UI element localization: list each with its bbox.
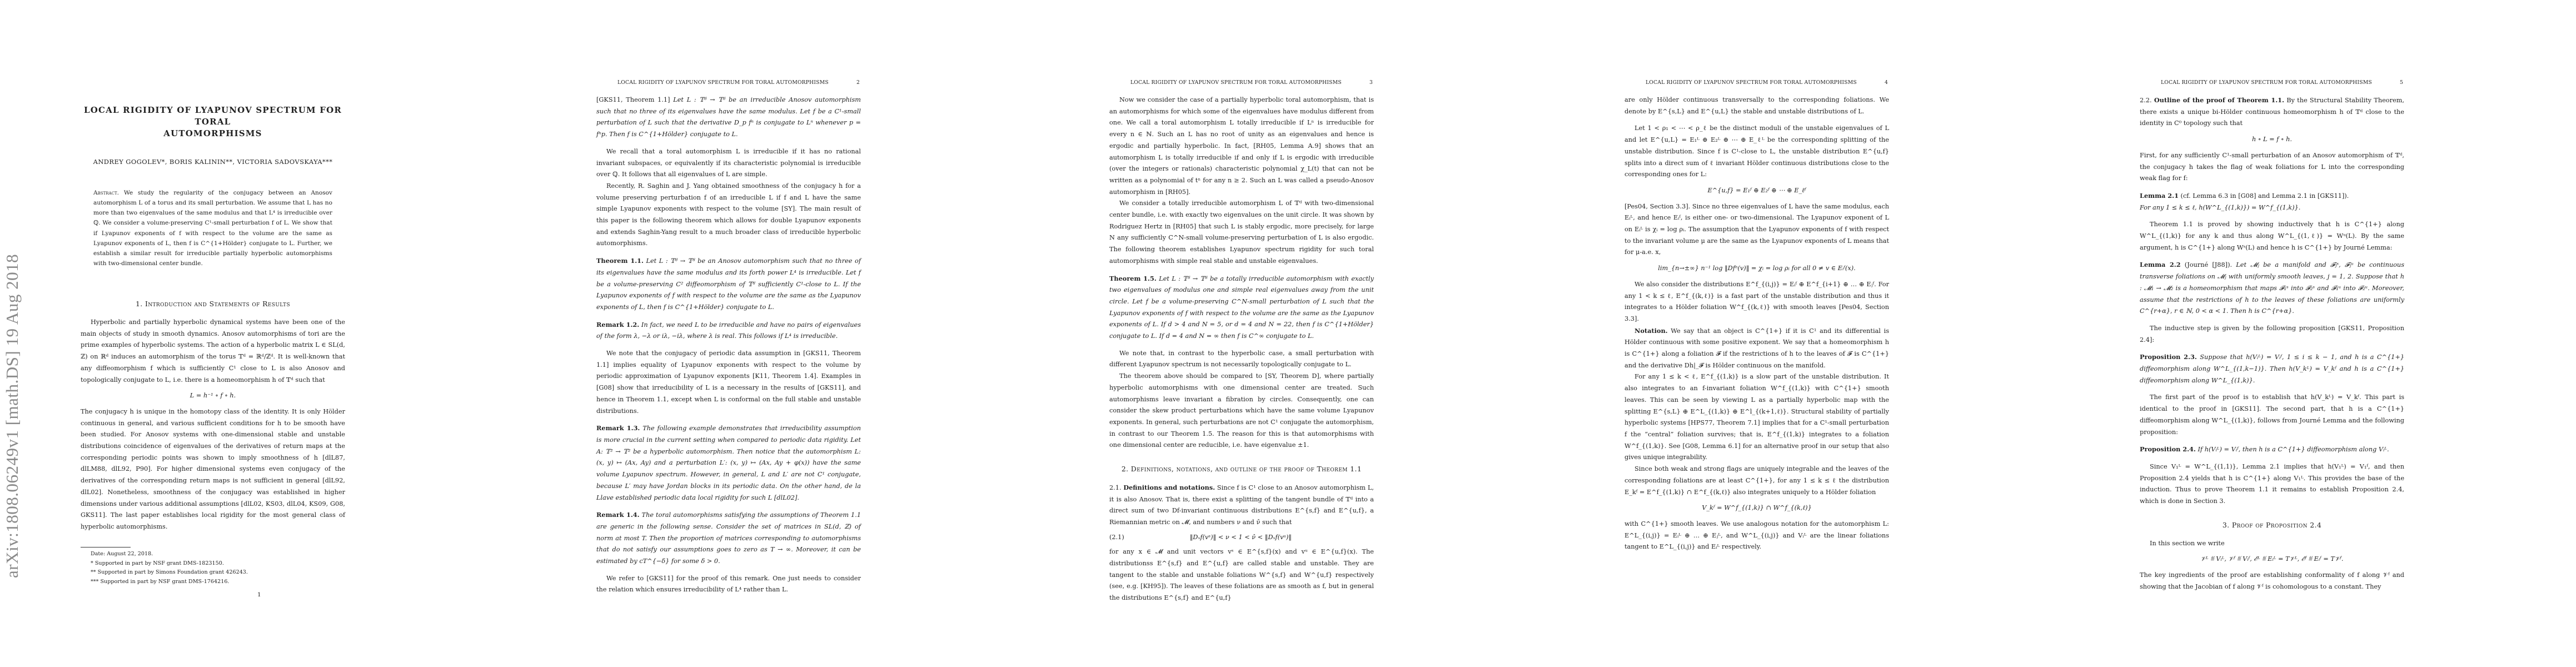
subsection-2-1: 2.1. Definitions and notations. Since f … — [1109, 482, 1374, 529]
theorem-1-1: Theorem 1.1. Let L : 𝕋ᵈ → 𝕋ᵈ be an Anoso… — [596, 255, 861, 313]
paragraph: We note that, in contrast to the hyperbo… — [1109, 348, 1374, 371]
paragraph: We refer to [GKS11] for the proof of thi… — [596, 573, 861, 596]
equation-v: V_kᶠ = W^f_{(1,k)} ∩ W^f_{(k,ℓ)} — [1625, 502, 1889, 514]
paragraph: for any x ∈ 𝓜 and unit vectors vˢ ∈ E^{s… — [1109, 546, 1374, 604]
abstract-text: We study the regularity of the conjugacy… — [93, 190, 332, 267]
abstract: Abstract. We study the regularity of the… — [93, 188, 332, 269]
equation: L = h⁻¹ ∘ f ∘ h. — [81, 390, 345, 402]
paragraph: We consider a totally irreducible automo… — [1109, 198, 1374, 267]
arxiv-identifier-stamp[interactable]: arXiv:1808.06249v1 [math.DS] 19 Aug 2018 — [2, 254, 22, 578]
page-5: LOCAL RIGIDITY OF LYAPUNOV SPECTRUM FOR … — [2061, 0, 2576, 667]
paragraph: Hyperbolic and partially hyperbolic dyna… — [81, 317, 345, 386]
paragraph: Theorem 1.1 is proved by showing inducti… — [2140, 219, 2404, 253]
footnote: ** Supported in part by Simons Foundatio… — [81, 568, 345, 578]
author-list: ANDREY GOGOLEV*, BORIS KALININ**, VICTOR… — [81, 156, 345, 168]
paragraph: We note that the conjugacy of periodic d… — [596, 348, 861, 417]
running-head-title: LOCAL RIGIDITY OF LYAPUNOV SPECTRUM FOR … — [2161, 79, 2372, 86]
page-body: are only Hölder continuous transversally… — [1625, 94, 1889, 553]
section-heading-2: 2. Definitions, notations, and outline o… — [1109, 464, 1374, 475]
page-number: 1 — [257, 591, 261, 598]
footnote: *** Supported in part by NSF grant DMS-1… — [81, 578, 345, 587]
lemma-2-1: Lemma 2.1 (cf. Lemma 6.3 in [G08] and Le… — [2140, 190, 2404, 213]
paragraph: The key ingredients of the proof are est… — [2140, 570, 2404, 593]
equation-number: (2.1) — [1109, 532, 1124, 544]
section-heading-3: 3. Proof of Proposition 2.4 — [2140, 520, 2404, 531]
page-2: LOCAL RIGIDITY OF LYAPUNOV SPECTRUM FOR … — [515, 0, 1030, 667]
lemma-2-2: Lemma 2.2 (Journé [J88]). Let 𝓜ⱼ be a ma… — [2140, 259, 2404, 317]
page-number: 3 — [1369, 79, 1373, 86]
equation-splitting: E^{u,f} = E₁ᶠ ⊕ E₂ᶠ ⊕ ⋯ ⊕ E_ℓᶠ — [1625, 185, 1889, 197]
equation-body: ‖Dₓf(vˢ)‖ < ν < 1 < ν̂ < ‖Dₓf(vᵘ)‖ — [1190, 532, 1292, 544]
footnote-date: Date: August 22, 2018. — [81, 550, 345, 559]
paragraph: Since V₁ᴸ = W^L_{(1,1)}, Lemma 2.1 impli… — [2140, 461, 2404, 507]
page-body: 2.2. Outline of the proof of Theorem 1.1… — [2140, 94, 2404, 593]
page-number: 4 — [1885, 79, 1888, 86]
footnote-rule — [81, 547, 131, 547]
paragraph: Recently, R. Saghin and J. Yang obtained… — [596, 181, 861, 250]
page-body: Now we consider the case of a partially … — [1109, 94, 1374, 604]
paragraph: The theorem above should be compared to … — [1109, 371, 1374, 451]
title-block: LOCAL RIGIDITY OF LYAPUNOV SPECTRUM FOR … — [81, 104, 345, 533]
equation-conjugacy: h ∘ L = f ∘ h. — [2140, 134, 2404, 146]
subsection-2-2: 2.2. Outline of the proof of Theorem 1.1… — [2140, 94, 2404, 130]
paragraph: First, for any sufficiently C¹-small per… — [2140, 150, 2404, 185]
paragraph: Let 1 < ρ₁ < ⋯ < ρ_ℓ be the distinct mod… — [1625, 123, 1889, 181]
equation-2-1: (2.1) ‖Dₓf(vˢ)‖ < ν < 1 < ν̂ < ‖Dₓf(vᵘ)‖ — [1109, 532, 1374, 544]
theorem-gks: [GKS11, Theorem 1.1] Let L : 𝕋ᵈ → 𝕋ᵈ be … — [596, 94, 861, 141]
page-body: [GKS11, Theorem 1.1] Let L : 𝕋ᵈ → 𝕋ᵈ be … — [596, 94, 861, 596]
theorem-1-5: Theorem 1.5. Let L : 𝕋ᵈ → 𝕋ᵈ be a totall… — [1109, 273, 1374, 342]
notation-paragraph: Notation. We say that an object is C^{1+… — [1625, 325, 1889, 372]
paper-title: LOCAL RIGIDITY OF LYAPUNOV SPECTRUM FOR … — [81, 104, 345, 140]
paragraph: are only Hölder continuous transversally… — [1625, 94, 1889, 117]
paragraph: In this section we write — [2140, 538, 2404, 550]
running-head-title: LOCAL RIGIDITY OF LYAPUNOV SPECTRUM FOR … — [617, 79, 829, 86]
page-number: 5 — [2400, 79, 2403, 86]
paragraph: The inductive step is given by the follo… — [2140, 323, 2404, 346]
page-3: LOCAL RIGIDITY OF LYAPUNOV SPECTRUM FOR … — [1030, 0, 1546, 667]
remark-1-4: Remark 1.4. The toral automorphisms sati… — [596, 509, 861, 568]
remark-1-3: Remark 1.3. The following example demons… — [596, 422, 861, 504]
paragraph: For any 1 ≤ k < ℓ, E^f_{(1,k)} is a slow… — [1625, 371, 1889, 464]
remark-1-2: Remark 1.2. In fact, we need L to be irr… — [596, 319, 861, 342]
paragraph: [Pes04, Section 3.3]. Since no three eig… — [1625, 201, 1889, 259]
footnote: * Supported in part by NSF grant DMS-182… — [81, 559, 345, 569]
paragraph: The first part of the proof is to establ… — [2140, 392, 2404, 438]
paragraph: Now we consider the case of a partially … — [1109, 94, 1374, 198]
proposition-2-4: Proposition 2.4. If h(Vᵢᴸ) = Vᵢᶠ, then h… — [2140, 444, 2404, 456]
paragraph: We recall that a toral automorphism L is… — [596, 146, 861, 181]
proposition-2-3: Proposition 2.3. Suppose that h(Vᵢᴸ) = V… — [2140, 351, 2404, 386]
paragraph: Since both weak and strong flags are uni… — [1625, 464, 1889, 498]
footnotes: Date: August 22, 2018. * Supported in pa… — [81, 547, 345, 586]
page-number: 2 — [856, 79, 860, 86]
paragraph: with C^{1+} smooth leaves. We use analog… — [1625, 519, 1889, 553]
paragraph: The conjugacy h is unique in the homotop… — [81, 406, 345, 533]
page-1: arXiv:1808.06249v1 [math.DS] 19 Aug 2018… — [0, 0, 515, 667]
abstract-label: Abstract. — [93, 190, 119, 196]
equation-definitions: 𝒱ᴸ ≝ Vᵢᴸ, 𝒱ᶠ ≝ Vᵢᶠ, ℰᴸ ≝ Eᵢᴸ = T𝒱ᴸ, ℰᶠ ≝… — [2140, 554, 2404, 565]
equation-limit: lim_{n→±∞} n⁻¹ log ‖Dfⁿ(v)‖ = χᵢ = log ρ… — [1625, 263, 1889, 275]
paragraph: We also consider the distributions E^f_{… — [1625, 279, 1889, 325]
running-head-title: LOCAL RIGIDITY OF LYAPUNOV SPECTRUM FOR … — [1646, 79, 1857, 86]
page-4: LOCAL RIGIDITY OF LYAPUNOV SPECTRUM FOR … — [1546, 0, 2061, 667]
running-head-title: LOCAL RIGIDITY OF LYAPUNOV SPECTRUM FOR … — [1130, 79, 1342, 86]
section-heading-1: 1. Introduction and Statements of Result… — [81, 298, 345, 310]
